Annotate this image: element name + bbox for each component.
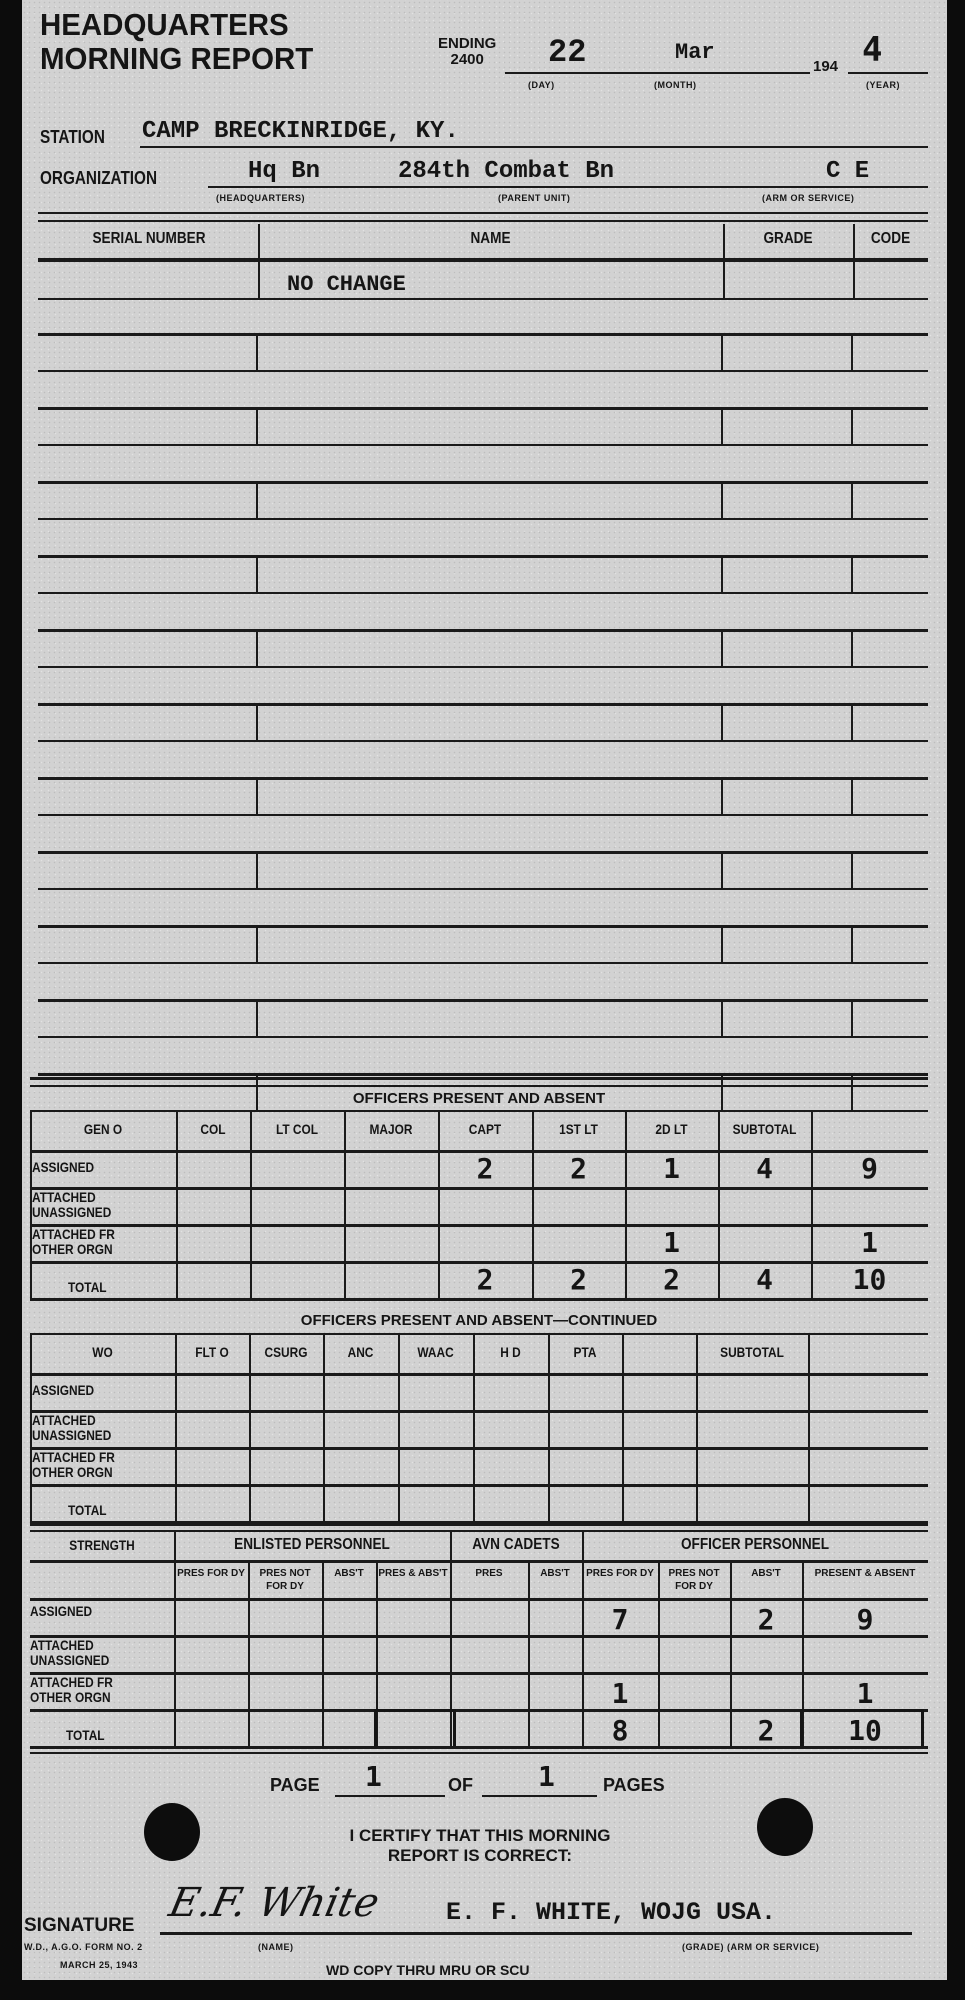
officers-cont-rule xyxy=(30,1333,928,1335)
officers-cont-col-header: WO xyxy=(41,1344,164,1360)
strength-row-rule xyxy=(30,1635,928,1638)
strength-bottom-rule xyxy=(30,1752,928,1754)
page-number: 1 xyxy=(365,1760,382,1793)
report-year-digit: 4 xyxy=(862,30,882,70)
strength-subcolumn-header: PRES NOT FOR DY xyxy=(658,1567,730,1593)
officers-row-label: ASSIGNED xyxy=(32,1160,94,1175)
strength-cell: 2 xyxy=(730,1714,802,1747)
certification-text: I CERTIFY THAT THIS MORNING REPORT IS CO… xyxy=(250,1826,710,1866)
day-caption: (DAY) xyxy=(528,80,555,90)
officers-col-header: GEN O xyxy=(41,1121,165,1137)
roster-col-divider xyxy=(256,777,258,814)
officers-cell: 10 xyxy=(811,1263,928,1296)
col-name: NAME xyxy=(293,230,688,248)
roster-col-divider xyxy=(721,999,723,1036)
arm-caption: (ARM OR SERVICE) xyxy=(762,193,854,203)
roster-row-rule xyxy=(38,298,928,300)
roster-col-divider xyxy=(256,925,258,962)
roster-col-divider xyxy=(256,851,258,888)
roster-col-divider xyxy=(851,555,853,592)
signature-label: SIGNATURE xyxy=(24,1915,134,1937)
officers-cont-row-label: ATTACHEDUNASSIGNED xyxy=(32,1413,111,1443)
pages-label: PAGES xyxy=(603,1775,665,1796)
officers-cont-col-header: FLT O xyxy=(181,1344,244,1360)
officers-cont-col-divider xyxy=(696,1333,698,1521)
officers-cell: 9 xyxy=(811,1152,928,1185)
roster-row-rule xyxy=(38,777,928,780)
roster-top-rule2 xyxy=(38,220,928,222)
officers-cont-row-label: TOTAL xyxy=(68,1503,107,1518)
report-month: Mar xyxy=(675,40,715,65)
strength-subcolumn-header: ABS'T xyxy=(322,1567,376,1580)
year-underline xyxy=(848,72,928,74)
officers-cont-col-header: H D xyxy=(479,1344,543,1360)
officers-cont-col-divider xyxy=(473,1333,475,1521)
parent-unit-caption: (PARENT UNIT) xyxy=(498,193,570,203)
officers-cell: 2 xyxy=(532,1263,625,1296)
col-serial-number: SERIAL NUMBER xyxy=(56,230,241,248)
strength-cell: 1 xyxy=(802,1677,928,1710)
roster-col-divider xyxy=(256,629,258,666)
strength-subcolumn-header: PRES FOR DY xyxy=(174,1567,248,1580)
strength-rule xyxy=(30,1524,928,1526)
punch-hole-left xyxy=(144,1803,200,1861)
officers-cont-row-rule xyxy=(30,1447,928,1450)
roster-col-divider xyxy=(851,333,853,370)
officers-cont-row-rule xyxy=(30,1410,928,1413)
form-title-line1: HEADQUARTERS xyxy=(40,8,289,42)
strength-group-header: ENLISTED PERSONNEL xyxy=(195,1536,430,1554)
strength-row-label: TOTAL xyxy=(66,1728,105,1743)
total-pages-underline xyxy=(482,1795,597,1797)
routing-text: WD COPY THRU MRU OR SCU xyxy=(326,1962,530,1978)
roster-col-divider xyxy=(721,481,723,518)
officers-col-header: CAPT xyxy=(445,1121,525,1137)
officers-col-header: SUBTOTAL xyxy=(725,1121,804,1137)
roster-row-rule xyxy=(38,999,928,1002)
station-underline xyxy=(140,146,928,148)
page-label: PAGE xyxy=(270,1775,320,1796)
officers-col-header: 1ST LT xyxy=(539,1121,618,1137)
strength-col-divider xyxy=(528,1560,530,1746)
strength-subcolumn-header: PRESENT & ABSENT xyxy=(802,1567,928,1580)
roster-row-rule xyxy=(38,481,928,484)
officers-cont-col-divider xyxy=(175,1333,177,1521)
officers-cont-col-header: WAAC xyxy=(404,1344,468,1360)
roster-row-rule xyxy=(38,444,928,446)
roster-row-rule xyxy=(38,925,928,928)
officers-col-header: MAJOR xyxy=(351,1121,431,1137)
roster-col-divider xyxy=(256,333,258,370)
strength-cell: 2 xyxy=(730,1603,802,1636)
officers-title: OFFICERS PRESENT AND ABSENT xyxy=(30,1090,928,1107)
form-number: W.D., A.G.O. FORM NO. 2 xyxy=(24,1942,143,1952)
officers-rule xyxy=(30,1110,928,1112)
officers-col-header: LT COL xyxy=(257,1121,337,1137)
roster-col-divider xyxy=(721,407,723,444)
roster-row-rule xyxy=(38,814,928,816)
strength-group-header: AVN CADETS xyxy=(460,1536,572,1554)
col-grade: GRADE xyxy=(733,230,844,248)
officers-cell: 2 xyxy=(438,1263,532,1296)
form-date: MARCH 25, 1943 xyxy=(60,1960,138,1970)
roster-row-rule xyxy=(38,333,928,336)
officers-row-rule xyxy=(30,1187,928,1190)
roster-col-divider xyxy=(851,777,853,814)
roster-row-rule xyxy=(38,555,928,558)
roster-col-divider xyxy=(851,703,853,740)
parent-unit-value: 284th Combat Bn xyxy=(398,158,614,185)
officers-cell: 2 xyxy=(532,1152,625,1185)
roster-row-rule xyxy=(38,518,928,520)
officers-cont-col-header: PTA xyxy=(554,1344,617,1360)
officers-row-label: ATTACHED FROTHER ORGN xyxy=(32,1227,115,1257)
officers-cont-col-divider xyxy=(249,1333,251,1521)
signer-typed-name: E. F. WHITE, WOJG USA. xyxy=(446,1898,776,1927)
officers-cont-col-divider xyxy=(548,1333,550,1521)
roster-col-divider xyxy=(258,224,260,300)
officers-cont-title: OFFICERS PRESENT AND ABSENT—CONTINUED xyxy=(30,1312,928,1329)
officers-cont-row-label: ASSIGNED xyxy=(32,1383,94,1398)
officers-col-header: COL xyxy=(182,1121,245,1137)
col-code: CODE xyxy=(859,230,923,248)
officers-cont-row-label: ATTACHED FROTHER ORGN xyxy=(32,1450,115,1480)
roster-row-rule xyxy=(38,1036,928,1038)
roster-row-rule xyxy=(38,1073,928,1076)
strength-row-rule xyxy=(30,1672,928,1675)
officers-cont-col-divider xyxy=(808,1333,810,1521)
officer-total-box xyxy=(800,1709,924,1749)
officers-cell: 1 xyxy=(811,1226,928,1259)
roster-row-rule xyxy=(38,629,928,632)
strength-subcolumn-header: PRES & ABS'T xyxy=(376,1567,450,1580)
officers-cont-col-header: CSURG xyxy=(255,1344,318,1360)
roster-entry-name: NO CHANGE xyxy=(287,272,406,297)
roster-col-divider xyxy=(851,407,853,444)
roster-row-rule xyxy=(38,851,928,854)
strength-cell: 1 xyxy=(582,1677,658,1710)
strength-subcolumn-header: PRES FOR DY xyxy=(582,1567,658,1580)
strength-cell: 8 xyxy=(582,1714,658,1747)
officers-cont-col-divider xyxy=(398,1333,400,1521)
roster-col-divider xyxy=(256,703,258,740)
officers-cell: 2 xyxy=(625,1263,718,1296)
strength-subcolumn-header: ABS'T xyxy=(730,1567,802,1580)
roster-row-rule xyxy=(38,407,928,410)
roster-row-rule xyxy=(38,703,928,706)
roster-col-divider xyxy=(851,925,853,962)
roster-col-divider xyxy=(721,703,723,740)
roster-row-rule xyxy=(38,370,928,372)
roster-row-rule xyxy=(38,888,928,890)
strength-cell: 7 xyxy=(582,1603,658,1636)
strength-rule xyxy=(30,1530,928,1532)
officers-cont-row-rule xyxy=(30,1484,928,1487)
roster-row-rule xyxy=(38,592,928,594)
strength-col-divider xyxy=(322,1560,324,1746)
roster-col-divider xyxy=(721,555,723,592)
signature-underline xyxy=(160,1932,912,1935)
officers-col-divider xyxy=(250,1110,252,1298)
page-underline xyxy=(335,1795,445,1797)
roster-col-divider xyxy=(256,999,258,1036)
officers-cell: 1 xyxy=(625,1152,718,1185)
strength-row-rule xyxy=(30,1598,928,1601)
enlisted-total-box xyxy=(374,1709,456,1749)
officers-col-header: 2D LT xyxy=(632,1121,711,1137)
strength-subcolumn-header: PRES xyxy=(450,1567,528,1580)
headquarters-value: Hq Bn xyxy=(248,158,320,185)
strength-row-label: ATTACHED FROTHER ORGN xyxy=(30,1675,113,1705)
roster-col-divider xyxy=(853,224,855,300)
strength-group-header: OFFICER PERSONNEL xyxy=(608,1536,902,1554)
officers-cont-col-divider xyxy=(323,1333,325,1521)
strength-row-rule xyxy=(30,1709,928,1712)
officers-top-rule xyxy=(30,1077,928,1080)
officers-cont-col-header: ANC xyxy=(329,1344,393,1360)
roster-col-divider xyxy=(256,555,258,592)
officers-cont-col-header: SUBTOTAL xyxy=(704,1344,799,1360)
report-day: 22 xyxy=(548,34,586,71)
grade-caption: (GRADE) (ARM OR SERVICE) xyxy=(682,1942,819,1952)
name-caption: (NAME) xyxy=(258,1942,294,1952)
officers-row-label: ATTACHEDUNASSIGNED xyxy=(32,1190,111,1220)
roster-row-rule xyxy=(38,962,928,964)
roster-col-divider xyxy=(256,481,258,518)
form-title-line2: MORNING REPORT xyxy=(40,42,313,76)
headquarters-caption: (HEADQUARTERS) xyxy=(216,193,305,203)
roster-col-divider xyxy=(851,481,853,518)
strength-subcolumn-header: PRES NOT FOR DY xyxy=(248,1567,322,1593)
officers-cont-row-rule xyxy=(30,1373,928,1376)
roster-row-rule xyxy=(38,666,928,668)
roster-col-divider xyxy=(721,333,723,370)
of-label: OF xyxy=(448,1775,473,1796)
roster-col-divider xyxy=(721,629,723,666)
roster-col-divider xyxy=(723,224,725,300)
officers-cell: 2 xyxy=(438,1152,532,1185)
year-caption: (YEAR) xyxy=(866,80,900,90)
organization-underline xyxy=(208,186,928,188)
strength-row-label: ATTACHEDUNASSIGNED xyxy=(30,1638,109,1668)
officers-cont-col-divider xyxy=(622,1333,624,1521)
officers-cell: 4 xyxy=(718,1263,811,1296)
strength-label: STRENGTH xyxy=(41,1537,163,1553)
roster-header-rule xyxy=(38,258,928,262)
station-value: CAMP BRECKINRIDGE, KY. xyxy=(142,118,459,145)
officers-row-label: TOTAL xyxy=(68,1280,107,1295)
strength-bottom-rule xyxy=(30,1746,928,1749)
roster-col-divider xyxy=(256,407,258,444)
roster-row-rule xyxy=(38,740,928,742)
strength-rule xyxy=(30,1560,928,1563)
organization-label: ORGANIZATION xyxy=(40,168,157,189)
roster-col-divider xyxy=(851,629,853,666)
date-underline xyxy=(505,72,810,74)
ending-label: ENDING 2400 xyxy=(438,36,496,68)
officers-cell: 4 xyxy=(718,1152,811,1185)
page-total: 1 xyxy=(538,1760,555,1793)
roster-col-divider xyxy=(851,851,853,888)
officers-col-divider xyxy=(176,1110,178,1298)
strength-cell: 9 xyxy=(802,1603,928,1636)
station-label: STATION xyxy=(40,127,105,148)
year-prefix: 194 xyxy=(813,58,838,75)
officers-row-rule xyxy=(30,1224,928,1227)
roster-col-divider xyxy=(721,925,723,962)
punch-hole-right xyxy=(757,1798,813,1856)
roster-col-divider xyxy=(721,851,723,888)
arm-service-value: C E xyxy=(826,158,869,185)
officers-top-rule2 xyxy=(30,1085,928,1087)
strength-row-label: ASSIGNED xyxy=(30,1604,92,1619)
officers-cell: 1 xyxy=(625,1226,718,1259)
officers-bottom-rule xyxy=(30,1298,928,1301)
strength-subcolumn-header: ABS'T xyxy=(528,1567,582,1580)
roster-col-divider xyxy=(721,777,723,814)
signature: E.F. White xyxy=(165,1880,383,1926)
month-caption: (MONTH) xyxy=(654,80,697,90)
officers-col-divider xyxy=(344,1110,346,1298)
roster-top-rule xyxy=(38,212,928,214)
roster-col-divider xyxy=(851,999,853,1036)
